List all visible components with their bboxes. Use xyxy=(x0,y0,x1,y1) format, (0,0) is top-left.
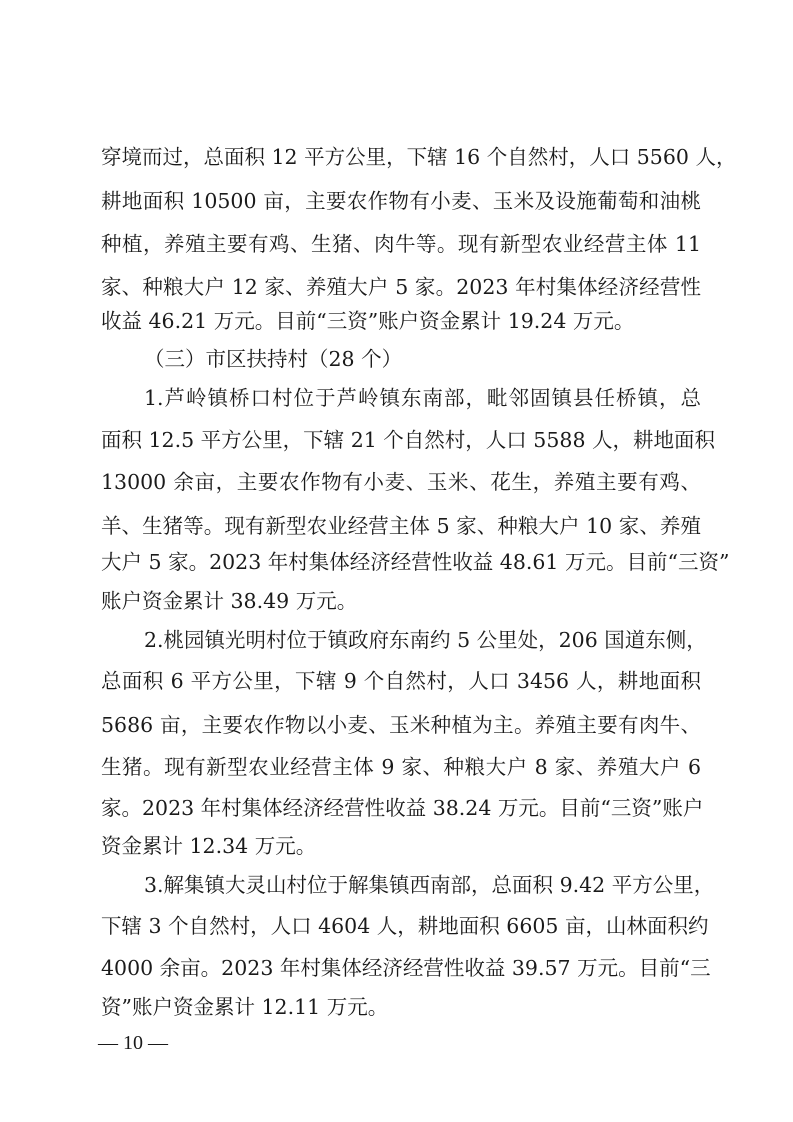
text-line: 总面积 6 平方公里，下辖 9 个自然村，人口 3456 人，耕地面积 xyxy=(101,667,701,695)
text-line: 家、种粮大户 12 家、养殖大户 5 家。2023 年村集体经济经营性 xyxy=(101,273,701,301)
text-line: 2.桃园镇光明村位于镇政府东南约 5 公里处，206 国道东侧， xyxy=(144,626,701,654)
text-line: 资”账户资金累计 12.11 万元。 xyxy=(101,993,701,1021)
page-number: — 10 — xyxy=(98,1029,168,1057)
text-line: 耕地面积 10500 亩，主要农作物有小麦、玉米及设施葡萄和油桃 xyxy=(101,187,701,215)
text-line: 账户资金累计 38.49 万元。 xyxy=(101,587,701,615)
text-line: 5686 亩，主要农作物以小麦、玉米种植为主。养殖主要有肉牛、 xyxy=(101,711,701,739)
text-line: 羊、生猪等。现有新型农业经营主体 5 家、种粮大户 10 家、养殖 xyxy=(101,512,701,540)
text-line: 生猪。现有新型农业经营主体 9 家、种粮大户 8 家、养殖大户 6 xyxy=(101,753,701,781)
text-line: 1.芦岭镇桥口村位于芦岭镇东南部，毗邻固镇县任桥镇，总 xyxy=(144,384,701,412)
document-page: 穿境而过，总面积 12 平方公里，下辖 16 个自然村，人口 5560 人， 耕… xyxy=(0,0,793,1122)
text-line: 3.解集镇大灵山村位于解集镇西南部，总面积 9.42 平方公里， xyxy=(144,871,701,899)
text-line: 13000 余亩，主要农作物有小麦、玉米、花生，养殖主要有鸡、 xyxy=(101,468,701,496)
text-line: 收益 46.21 万元。目前“三资”账户资金累计 19.24 万元。 xyxy=(101,307,701,335)
text-line: 种植，养殖主要有鸡、生猪、肉牛等。现有新型农业经营主体 11 xyxy=(101,230,701,258)
text-line: 资金累计 12.34 万元。 xyxy=(101,832,701,860)
text-line: 大户 5 家。2023 年村集体经济经营性收益 48.61 万元。目前“三资” xyxy=(101,548,701,576)
text-line: 4000 余亩。2023 年村集体经济经营性收益 39.57 万元。目前“三 xyxy=(101,954,701,982)
section-heading: （三）市区扶持村（28 个） xyxy=(144,345,544,373)
text-line: 穿境而过，总面积 12 平方公里，下辖 16 个自然村，人口 5560 人， xyxy=(101,143,701,171)
text-line: 面积 12.5 平方公里，下辖 21 个自然村，人口 5588 人，耕地面积 xyxy=(101,426,701,454)
text-line: 家。2023 年村集体经济经营性收益 38.24 万元。目前“三资”账户 xyxy=(101,794,701,822)
text-line: 下辖 3 个自然村，人口 4604 人，耕地面积 6605 亩，山林面积约 xyxy=(101,912,701,940)
